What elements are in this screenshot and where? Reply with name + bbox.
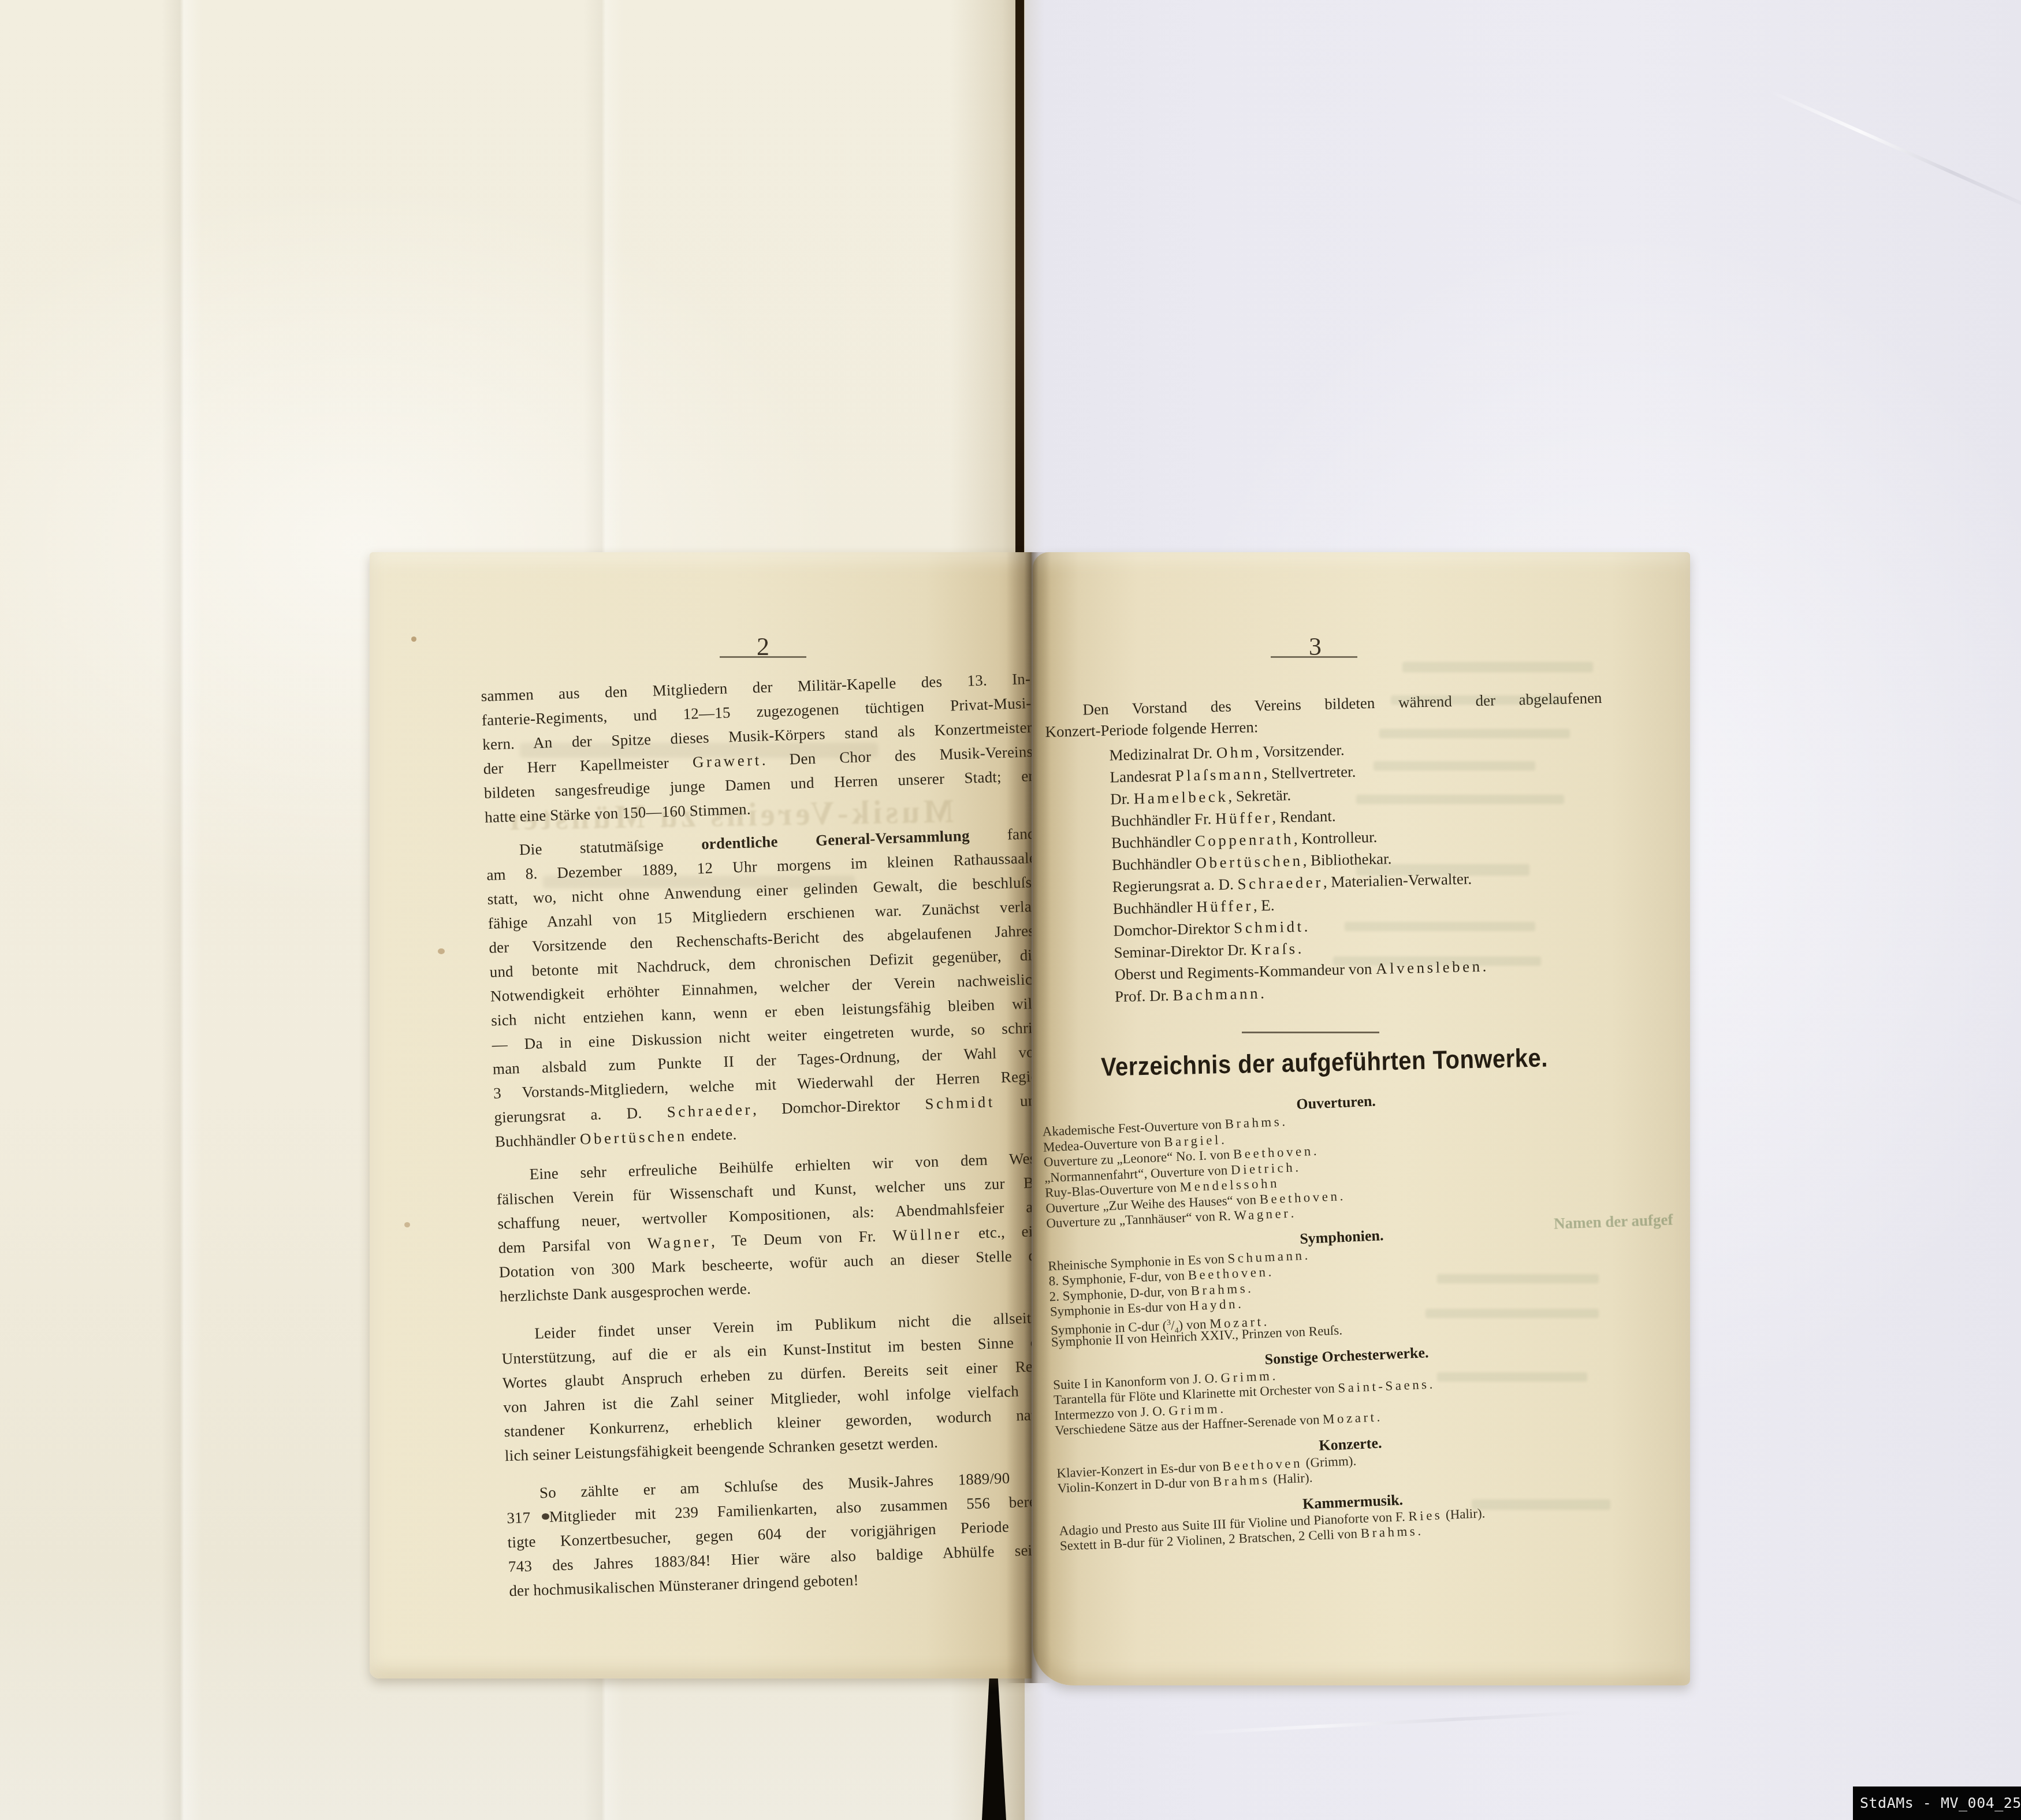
bleedthrough-line	[1345, 922, 1535, 931]
bleedthrough-line	[1391, 695, 1564, 705]
ink-blot	[542, 1513, 549, 1520]
page-number-rule	[1271, 656, 1357, 658]
bleedthrough-line	[1437, 1372, 1587, 1382]
bleedthrough-line	[1426, 1309, 1599, 1318]
archive-reference-label: StdAMs - MV_004_257	[1853, 1786, 2021, 1820]
paragraph: Die statutmäſsige ordentliche General-Ve…	[485, 821, 1032, 1154]
paragraph: So zählte er am Schluſse des Musik-Jahre…	[505, 1464, 1032, 1603]
paper-crease	[162, 0, 202, 1820]
bleedthrough-line	[1356, 864, 1529, 876]
book-spine-top	[1015, 0, 1024, 558]
works-title: Verzeichnis der aufgeführten Tonwerke.	[1033, 1043, 1616, 1084]
booklet-page-2: 2 Musik-Vereins zu Münster sammen aus de…	[370, 552, 1032, 1678]
bleedthrough-line	[1356, 795, 1564, 804]
fox-spot	[404, 1222, 410, 1227]
booklet-page-3: 3 Den Vorstand des Vereins bildeten währ…	[1033, 552, 1690, 1685]
page-2-text-block: sammen aus den Mitgliedern der Militär-K…	[481, 667, 1032, 1603]
fox-spot	[411, 637, 416, 642]
paragraph: sammen aus den Mitgliedern der Militär-K…	[481, 667, 1032, 829]
fox-spot	[438, 948, 445, 954]
bleedthrough-line	[1437, 1274, 1599, 1283]
works-section: Ouverturen.Akademische Fest-Ouverture vo…	[1041, 1081, 1635, 1231]
works-section: Sonstige Orchesterwerke.Suite I in Kanon…	[1052, 1334, 1644, 1439]
bleedthrough-line	[1374, 761, 1535, 771]
bleedthrough-line	[1333, 956, 1541, 966]
page-number-rule	[720, 656, 806, 658]
bleedthrough-line	[1379, 729, 1570, 738]
section-divider	[1242, 1032, 1379, 1033]
bleedthrough-line	[1472, 1499, 1610, 1510]
bleedthrough-line	[1402, 662, 1593, 672]
paragraph: Leider findet unser Verein im Publikum n…	[501, 1305, 1032, 1468]
paragraph: Eine sehr erfreuliche Beihülfe erhielten…	[496, 1146, 1032, 1309]
